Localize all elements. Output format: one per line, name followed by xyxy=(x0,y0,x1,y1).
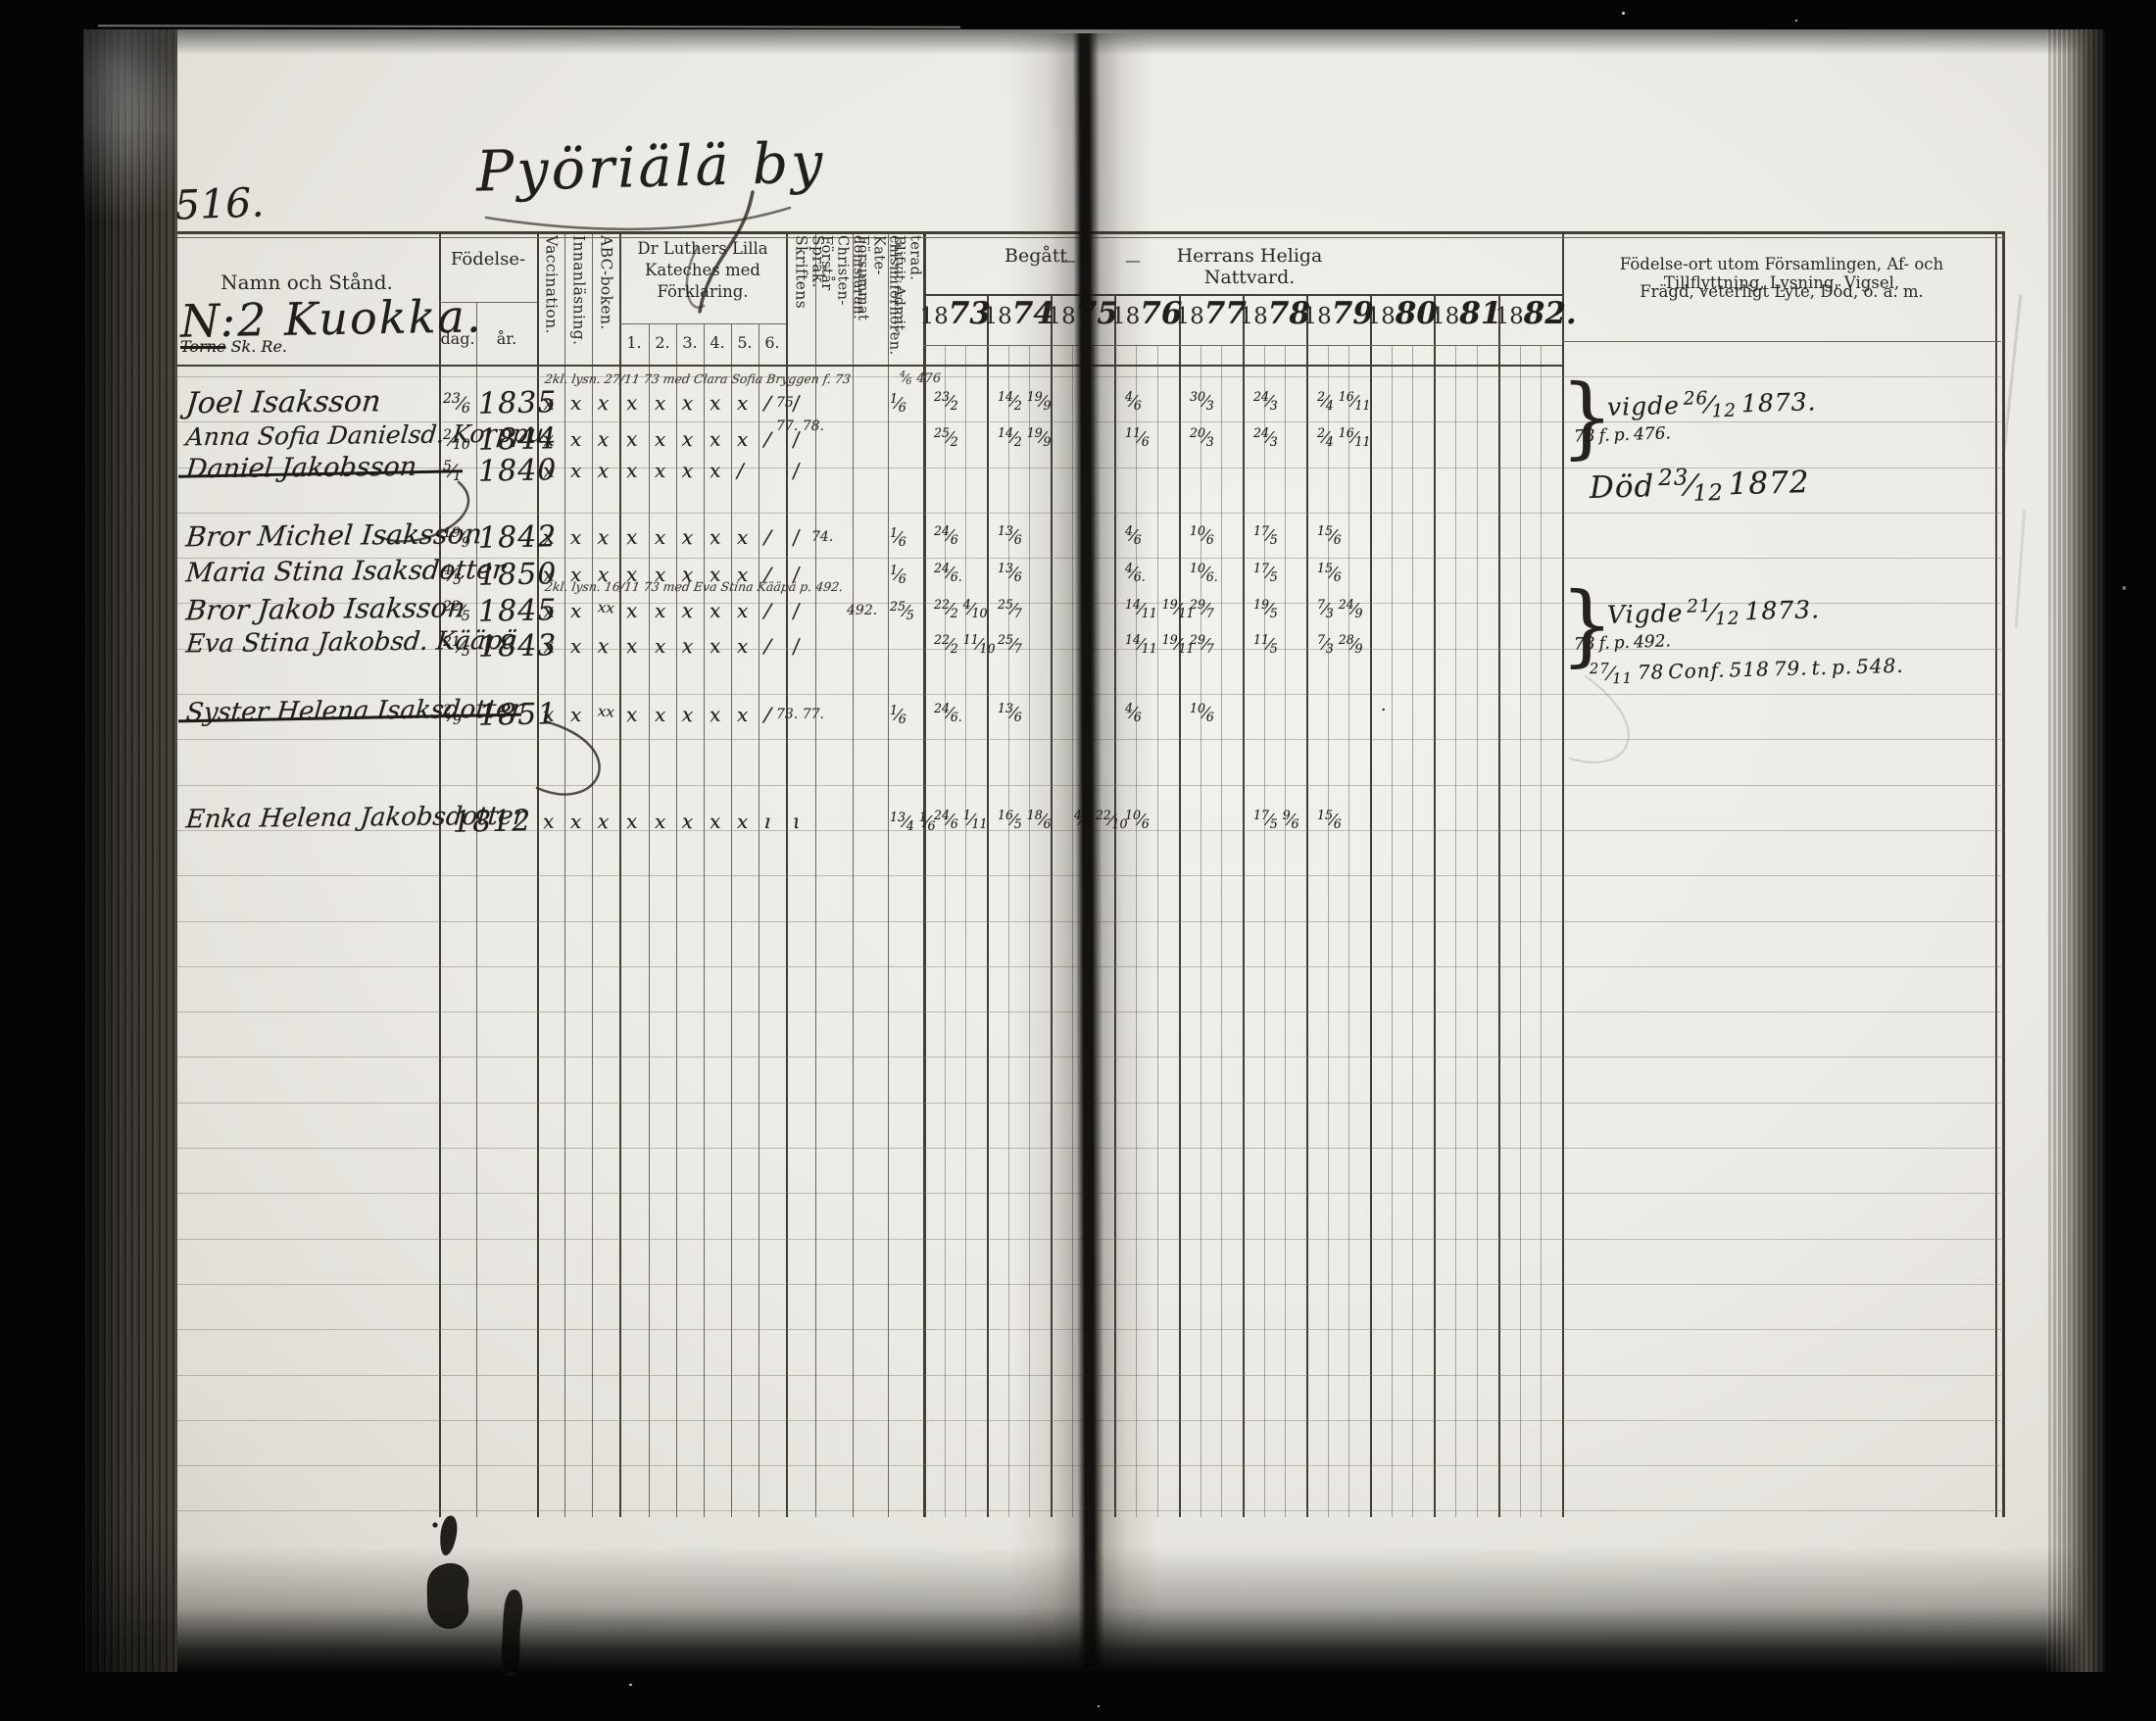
scanned-church-record-page: 516. Pyöriälä by Namn och Stånd. Födelse… xyxy=(0,0,2156,1721)
side-note-subtext: 73f.p.492. xyxy=(1574,631,1676,655)
side-note-text: vigde26⁄121873. xyxy=(1607,385,1821,424)
side-note-text: Vigde21⁄121873. xyxy=(1607,593,1825,632)
dust-speck xyxy=(1622,12,1625,15)
dust-speck xyxy=(1795,20,1797,22)
side-note-text: Död23⁄121872 xyxy=(1589,462,1814,509)
side-note-text: 27⁄1178Conf.51879.t.p.548. xyxy=(1590,653,1908,688)
dust-speck xyxy=(2123,586,2126,590)
brace: } xyxy=(1560,367,1614,469)
dust-speck xyxy=(1098,1705,1100,1707)
center-fold xyxy=(1006,33,1159,1669)
page-bottom-shadow xyxy=(83,1547,2104,1672)
dust-speck xyxy=(629,1684,632,1686)
book-edge-left xyxy=(83,29,177,1672)
side-note-subtext: 73f.p.476. xyxy=(1574,423,1676,447)
book-edge-right xyxy=(2046,29,2105,1672)
